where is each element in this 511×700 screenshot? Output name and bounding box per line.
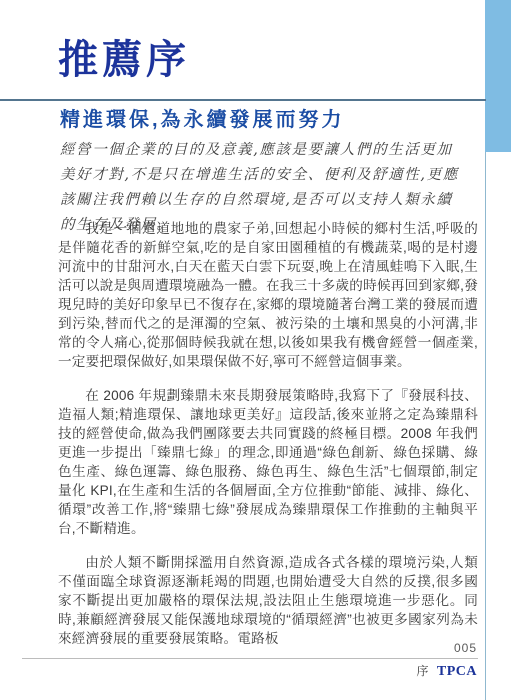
footer-brand: 序 TPCA [417,662,477,680]
page-title: 推薦序 [58,36,190,84]
title-divider [0,99,486,101]
section-subtitle: 精進環保,為永續發展而努力 [60,107,345,133]
body-content: 我是一個道道地地的農家子弟,回想起小時候的鄉村生活,呼吸的是伴隨花香的新鮮空氣,… [58,219,478,663]
footer-section-label: 序 [417,664,430,678]
body-paragraph-3: 由於人類不斷開採濫用自然資源,造成各式各樣的環境污染,人類不僅面臨全球資源逐漸耗… [58,553,478,648]
page-number: 005 [454,641,477,655]
body-paragraph-1: 我是一個道道地地的農家子弟,回想起小時候的鄉村生活,呼吸的是伴隨花香的新鮮空氣,… [58,219,478,371]
right-edge-rule [485,152,486,700]
body-paragraph-2: 在 2006 年規劃臻鼎未來長期發展策略時,我寫下了『發展科技、造福人類;精進環… [58,386,478,538]
footer-divider [22,658,478,659]
footer-brand-name: TPCA [437,664,477,679]
book-page: 推薦序 精進環保,為永續發展而努力 經營一個企業的目的及意義,應該是要讓人們的生… [0,0,511,700]
corner-accent-bar [485,0,511,152]
